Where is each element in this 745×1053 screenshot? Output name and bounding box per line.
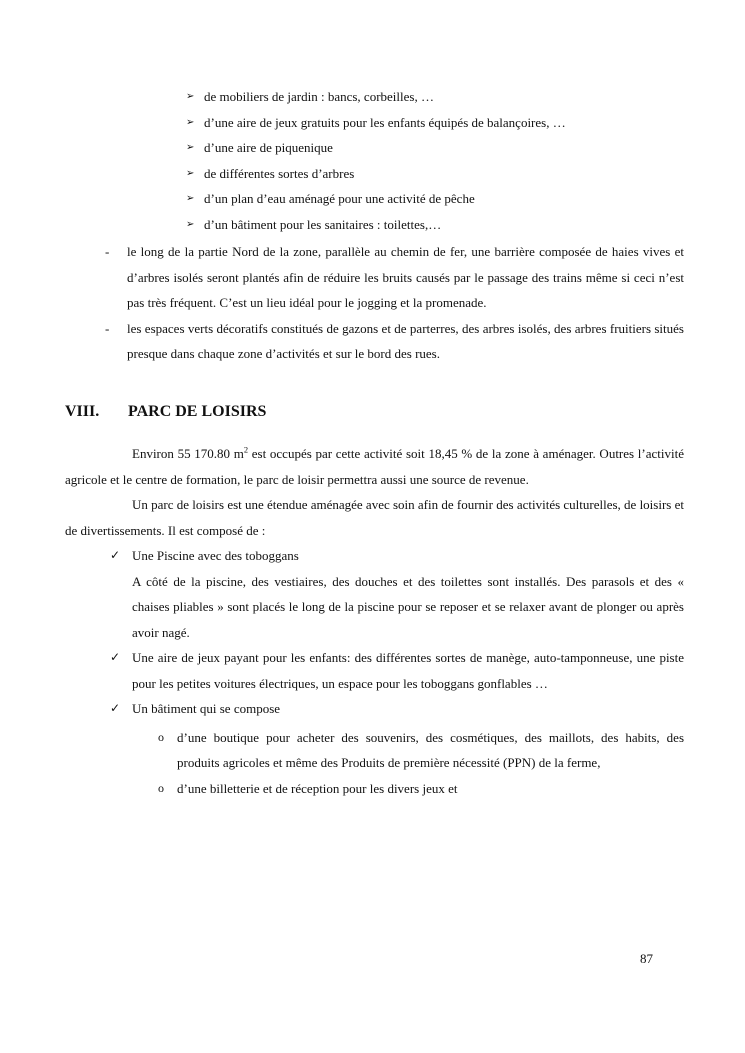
section-heading: VIII.PARC DE LOISIRS [65,399,684,425]
arrow-bullet-icon: ➢ [186,186,194,212]
section-number: VIII. [65,399,128,425]
list-item-text: de différentes sortes d’arbres [204,161,684,187]
list-item-text: le long de la partie Nord de la zone, pa… [127,239,684,316]
building-contents-list: o d’une boutique pour acheter des souven… [65,725,684,802]
list-item: ✓ Une Piscine avec des toboggans [65,543,684,569]
list-item: ➢ de différentes sortes d’arbres [65,161,684,187]
list-item-text: Une aire de jeux payant pour les enfants… [132,645,684,696]
list-item-text: les espaces verts décoratifs constitués … [127,316,684,367]
arrow-bullet-icon: ➢ [186,212,194,238]
check-bullet-icon: ✓ [110,645,120,671]
page-number: 87 [640,946,653,972]
list-item: ➢ d’une aire de jeux gratuits pour les e… [65,110,684,136]
paragraph-definition: Un parc de loisirs est une étendue aména… [65,492,684,543]
list-item-text: Une Piscine avec des toboggans [132,543,684,569]
list-item: o d’une boutique pour acheter des souven… [65,725,684,776]
list-item-body: A côté de la piscine, des vestiaires, de… [132,569,684,646]
paragraph-area: Environ 55 170.80 m2 est occupés par cet… [65,441,684,492]
paragraph-text: Environ 55 170.80 m [132,446,244,461]
list-item: o d’une billetterie et de réception pour… [65,776,684,802]
list-item: ➢ de mobiliers de jardin : bancs, corbei… [65,84,684,110]
list-item: - le long de la partie Nord de la zone, … [65,239,684,316]
list-item-text: d’une aire de piquenique [204,135,684,161]
list-item: ✓ Une aire de jeux payant pour les enfan… [65,645,684,696]
building-amenities-list: ➢ de mobiliers de jardin : bancs, corbei… [65,84,684,237]
list-item-text: d’une boutique pour acheter des souvenir… [177,725,684,776]
list-item-text: d’un bâtiment pour les sanitaires : toil… [204,212,684,238]
check-bullet-icon: ✓ [110,543,120,569]
dash-bullet-icon: - [105,316,109,342]
circle-bullet-icon: o [158,776,164,802]
section-title: PARC DE LOISIRS [128,403,266,420]
check-bullet-icon: ✓ [110,696,120,722]
list-item: ➢ d’un plan d’eau aménagé pour une activ… [65,186,684,212]
list-item-text: d’une billetterie et de réception pour l… [177,776,684,802]
list-item: - les espaces verts décoratifs constitué… [65,316,684,367]
list-item-text: d’une aire de jeux gratuits pour les enf… [204,110,684,136]
green-spaces-list: - le long de la partie Nord de la zone, … [65,239,684,367]
circle-bullet-icon: o [158,725,164,751]
arrow-bullet-icon: ➢ [186,110,194,136]
dash-bullet-icon: - [105,239,109,265]
page-content: ➢ de mobiliers de jardin : bancs, corbei… [65,84,684,801]
list-item: ➢ d’une aire de piquenique [65,135,684,161]
park-components-list: ✓ Une Piscine avec des toboggans A côté … [65,543,684,722]
arrow-bullet-icon: ➢ [186,161,194,187]
list-item: ➢ d’un bâtiment pour les sanitaires : to… [65,212,684,238]
arrow-bullet-icon: ➢ [186,84,194,110]
document-page: ➢ de mobiliers de jardin : bancs, corbei… [0,0,745,1053]
list-item-text: d’un plan d’eau aménagé pour une activit… [204,186,684,212]
arrow-bullet-icon: ➢ [186,135,194,161]
list-item-text: de mobiliers de jardin : bancs, corbeill… [204,84,684,110]
list-item: ✓ Un bâtiment qui se compose [65,696,684,722]
list-item-text: Un bâtiment qui se compose [132,696,684,722]
